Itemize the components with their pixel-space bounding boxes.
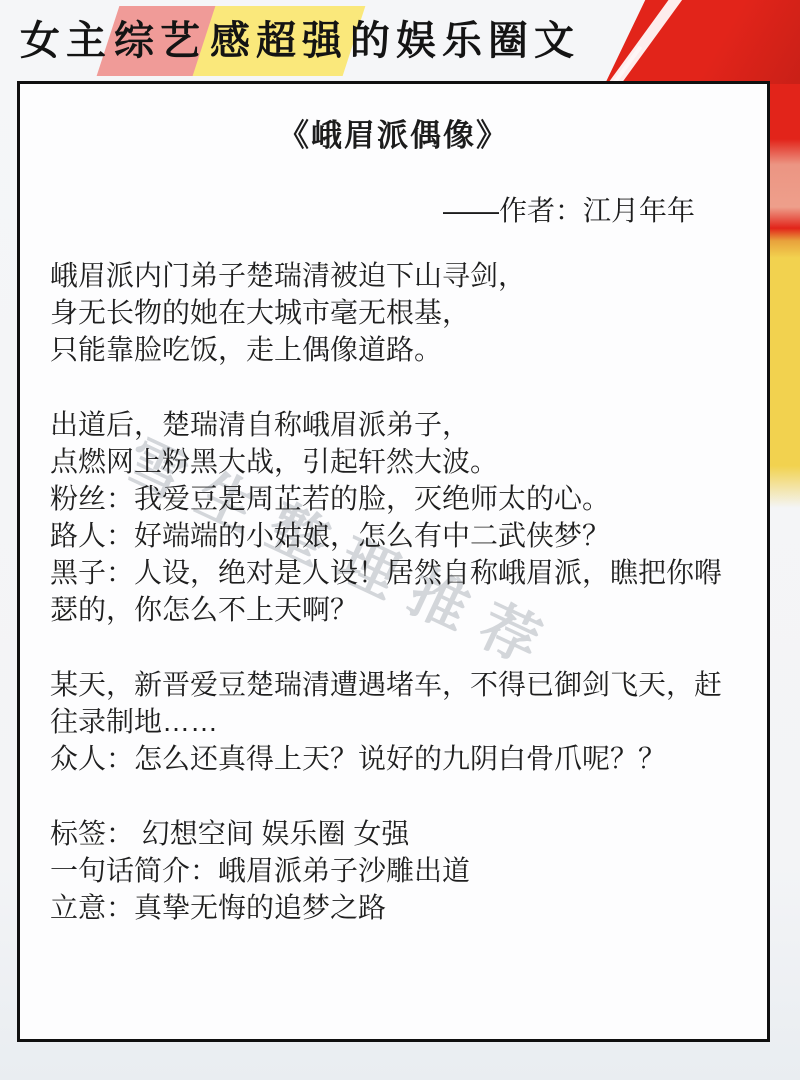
title-prefix: 女主: [20, 19, 112, 63]
author-line: ——作者：江月年年: [20, 189, 695, 229]
book-card: 雪生整理推荐 《峨眉派偶像》 ——作者：江月年年 峨眉派内门弟子楚瑞清被迫下山寻…: [17, 81, 770, 1042]
title-highlight-pink: 综艺: [112, 8, 208, 74]
red-paint-splash: [588, 0, 800, 84]
book-intro: 峨眉派内门弟子楚瑞清被迫下山寻剑，身无长物的她在大城市毫无根基，只能靠脸吃饭，走…: [20, 229, 767, 926]
paragraph: 出道后，楚瑞清自称峨眉派弟子，点燃网上粉黑大战，引起轩然大波。粉丝：我爱豆是周芷…: [50, 406, 739, 628]
book-title: 《峨眉派偶像》: [20, 110, 767, 155]
page-title: 女主综艺感超强的娱乐圈文: [20, 8, 580, 74]
title-suffix: 的娱乐圈文: [350, 19, 580, 63]
title-highlight-yellow: 感超强: [208, 8, 350, 74]
paragraph: 峨眉派内门弟子楚瑞清被迫下山寻剑，身无长物的她在大城市毫无根基，只能靠脸吃饭，走…: [50, 257, 739, 368]
card-content: 《峨眉派偶像》 ——作者：江月年年 峨眉派内门弟子楚瑞清被迫下山寻剑，身无长物的…: [20, 110, 767, 926]
paragraph: 某天，新晋爱豆楚瑞清遭遇堵车，不得已御剑飞天，赶往录制地……众人：怎么还真得上天…: [50, 666, 739, 777]
right-edge-paint-strip: [766, 84, 800, 508]
paragraph: 标签： 幻想空间 娱乐圈 女强一句话简介：峨眉派弟子沙雕出道立意：真挚无悔的追梦…: [50, 815, 739, 926]
